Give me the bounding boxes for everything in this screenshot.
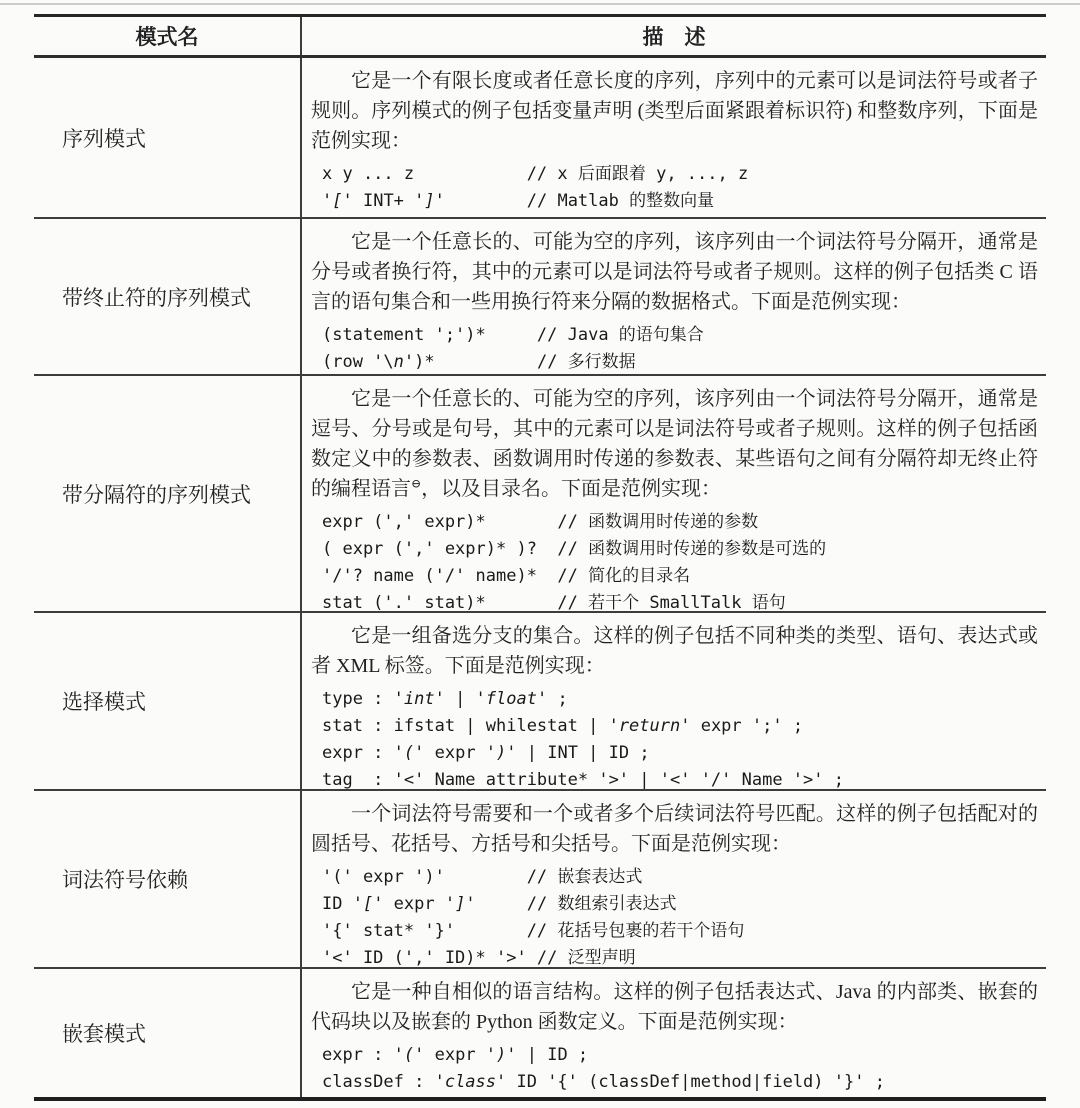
pattern-name-cell: 词法符号依赖: [34, 791, 302, 967]
description-cell: 它是一个任意长的、可能为空的序列，该序列由一个词法符号分隔开，通常是逗号、分号或…: [302, 376, 1046, 611]
description-cell: 它是一个有限长度或者任意长度的序列，序列中的元素可以是词法符号或者子规则。序列模…: [302, 58, 1046, 217]
code-line: stat : ifstat | whilestat | 'return' exp…: [322, 713, 1038, 740]
pattern-name-cell: 选择模式: [34, 613, 302, 789]
table-row: 词法符号依赖 一个词法符号需要和一个或者多个后续词法符号匹配。这样的例子包括配对…: [34, 791, 1046, 969]
row-description: 它是一个任意长的、可能为空的序列，该序列由一个词法符号分隔开，通常是分号或者换行…: [311, 227, 1038, 317]
code-line: '{' stat* '}' // 花括号包裹的若干个语句: [322, 918, 1038, 945]
code-line: tag : '<' Name attribute* '>' | '<' '/' …: [322, 767, 1038, 789]
page-top-rule: [0, 3, 1080, 5]
code-line: stat ('.' stat)* // 若干个 SmallTalk 语句: [322, 590, 1038, 611]
table-body: 序列模式 它是一个有限长度或者任意长度的序列，序列中的元素可以是词法符号或者子规…: [34, 58, 1046, 1097]
table-row: 嵌套模式 它是一种自相似的语言结构。这样的例子包括表达式、Java 的内部类、嵌…: [34, 969, 1046, 1097]
table-row: 带分隔符的序列模式 它是一个任意长的、可能为空的序列，该序列由一个词法符号分隔开…: [34, 376, 1046, 613]
row-label: 序列模式: [62, 123, 146, 153]
code-line: x y ... z // x 后面跟着 y, ..., z: [322, 161, 1038, 188]
row-description: 一个词法符号需要和一个或者多个后续词法符号匹配。这样的例子包括配对的圆括号、花括…: [311, 799, 1038, 859]
row-description: 它是一个任意长的、可能为空的序列，该序列由一个词法符号分隔开，通常是逗号、分号或…: [311, 384, 1038, 504]
table-header-row: 模式名 描 述: [34, 17, 1046, 58]
header-cell-description: 描 述: [302, 17, 1046, 55]
code-block: expr : '(' expr ')' | ID ;classDef : 'cl…: [322, 1042, 1038, 1096]
code-line: (statement ';')* // Java 的语句集合: [322, 322, 1038, 349]
description-cell: 它是一组备选分支的集合。这样的例子包括不同种类的类型、语句、表达式或者 XML …: [302, 613, 1046, 789]
description-cell: 一个词法符号需要和一个或者多个后续词法符号匹配。这样的例子包括配对的圆括号、花括…: [302, 791, 1046, 967]
code-line: '(' expr ')' // 嵌套表达式: [322, 864, 1038, 891]
pattern-name-cell: 带分隔符的序列模式: [34, 376, 302, 611]
pattern-table: 模式名 描 述 序列模式 它是一个有限长度或者任意长度的序列，序列中的元素可以是…: [34, 14, 1046, 1101]
pattern-name-cell: 嵌套模式: [34, 969, 302, 1097]
pattern-name-cell: 带终止符的序列模式: [34, 219, 302, 374]
code-line: '/'? name ('/' name)* // 简化的目录名: [322, 563, 1038, 590]
code-block: (statement ';')* // Java 的语句集合(row '\n')…: [322, 322, 1038, 374]
row-description: 它是一个有限长度或者任意长度的序列，序列中的元素可以是词法符号或者子规则。序列模…: [311, 66, 1038, 156]
code-block: x y ... z // x 后面跟着 y, ..., z'[' INT+ ']…: [322, 161, 1038, 215]
code-block: '(' expr ')' // 嵌套表达式ID '[' expr ']' // …: [322, 864, 1038, 967]
code-line: type : 'int' | 'float' ;: [322, 686, 1038, 713]
header-label-pattern-name: 模式名: [136, 21, 199, 51]
code-block: type : 'int' | 'float' ;stat : ifstat | …: [322, 686, 1038, 789]
row-label: 词法符号依赖: [62, 864, 188, 894]
description-cell: 它是一个任意长的、可能为空的序列，该序列由一个词法符号分隔开，通常是分号或者换行…: [302, 219, 1046, 374]
code-line: ( expr (',' expr)* )? // 函数调用时传递的参数是可选的: [322, 536, 1038, 563]
code-line: classDef : 'class' ID '{' (classDef|meth…: [322, 1069, 1038, 1096]
row-description: 它是一组备选分支的集合。这样的例子包括不同种类的类型、语句、表达式或者 XML …: [311, 621, 1038, 681]
code-line: expr (',' expr)* // 函数调用时传递的参数: [322, 509, 1038, 536]
code-line: (row '\n')* // 多行数据: [322, 349, 1038, 374]
description-cell: 它是一种自相似的语言结构。这样的例子包括表达式、Java 的内部类、嵌套的代码块…: [302, 969, 1046, 1097]
row-description: 它是一种自相似的语言结构。这样的例子包括表达式、Java 的内部类、嵌套的代码块…: [311, 977, 1038, 1037]
table-row: 带终止符的序列模式 它是一个任意长的、可能为空的序列，该序列由一个词法符号分隔开…: [34, 219, 1046, 376]
code-line: expr : '(' expr ')' | INT | ID ;: [322, 740, 1038, 767]
header-label-description: 描 述: [643, 21, 706, 51]
pattern-name-cell: 序列模式: [34, 58, 302, 217]
table-row: 序列模式 它是一个有限长度或者任意长度的序列，序列中的元素可以是词法符号或者子规…: [34, 58, 1046, 219]
header-cell-pattern-name: 模式名: [34, 17, 302, 55]
row-label: 带分隔符的序列模式: [62, 479, 251, 509]
code-line: '[' INT+ ']' // Matlab 的整数向量: [322, 188, 1038, 215]
code-line: ID '[' expr ']' // 数组索引表达式: [322, 891, 1038, 918]
code-line: '<' ID (',' ID)* '>' // 泛型声明: [322, 945, 1038, 967]
code-block: expr (',' expr)* // 函数调用时传递的参数( expr (',…: [322, 509, 1038, 611]
row-label: 嵌套模式: [62, 1018, 146, 1048]
code-line: expr : '(' expr ')' | ID ;: [322, 1042, 1038, 1069]
row-label: 选择模式: [62, 686, 146, 716]
table-row: 选择模式 它是一组备选分支的集合。这样的例子包括不同种类的类型、语句、表达式或者…: [34, 613, 1046, 791]
row-label: 带终止符的序列模式: [62, 282, 251, 312]
